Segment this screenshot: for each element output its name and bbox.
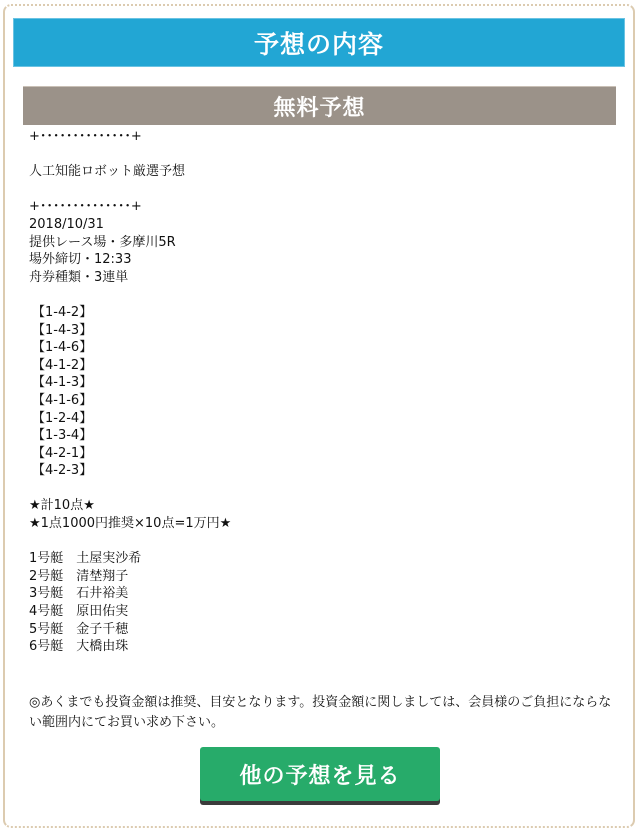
divider-top: +･･････････････+	[29, 128, 609, 146]
divider-bottom: +･･････････････+	[29, 198, 609, 216]
bet-item: 【1-4-2】	[32, 304, 609, 322]
bet-stake: ★1点1000円推奨×10点=1万円★	[29, 515, 609, 533]
boat-racer: 6号艇 大橋由珠	[29, 638, 609, 656]
race-deadline: 場外締切・12:33	[29, 251, 609, 269]
page-title: 予想の内容	[13, 18, 625, 67]
boat-racer: 5号艇 金子千穂	[29, 621, 609, 639]
prediction-heading: 人工知能ロボット厳選予想	[29, 163, 609, 181]
bet-item: 【4-1-6】	[32, 392, 609, 410]
bet-item: 【1-4-6】	[32, 339, 609, 357]
bet-item: 【4-1-3】	[32, 374, 609, 392]
race-date: 2018/10/31	[29, 216, 609, 234]
boat-racer: 3号艇 石井裕美	[29, 585, 609, 603]
prediction-content: +･･････････････+ 人工知能ロボット厳選予想 +･････････…	[29, 128, 609, 656]
boat-racer: 2号艇 清埜翔子	[29, 568, 609, 586]
boat-racer: 4号艇 原田佑実	[29, 603, 609, 621]
section-title: 無料予想	[23, 86, 616, 125]
bet-list: 【1-4-2】 【1-4-3】 【1-4-6】 【4-1-2】 【4-1-3】 …	[29, 304, 609, 480]
ticket-type: 舟券種類・3連単	[29, 269, 609, 287]
view-other-predictions-button[interactable]: 他の予想を見る	[200, 747, 440, 801]
bet-total: ★計10点★	[29, 497, 609, 515]
bet-item: 【1-3-4】	[32, 427, 609, 445]
race-venue: 提供レース場・多摩川5R	[29, 234, 609, 252]
investment-notice: ◎あくまでも投資金額は推奨、目安となります。投資金額に関しましては、会員様のご負…	[29, 693, 614, 733]
bet-item: 【4-2-1】	[32, 445, 609, 463]
bet-item: 【1-2-4】	[32, 410, 609, 428]
boat-racer: 1号艇 土屋実沙希	[29, 550, 609, 568]
bet-item: 【1-4-3】	[32, 322, 609, 340]
bet-item: 【4-2-3】	[32, 462, 609, 480]
bet-item: 【4-1-2】	[32, 357, 609, 375]
